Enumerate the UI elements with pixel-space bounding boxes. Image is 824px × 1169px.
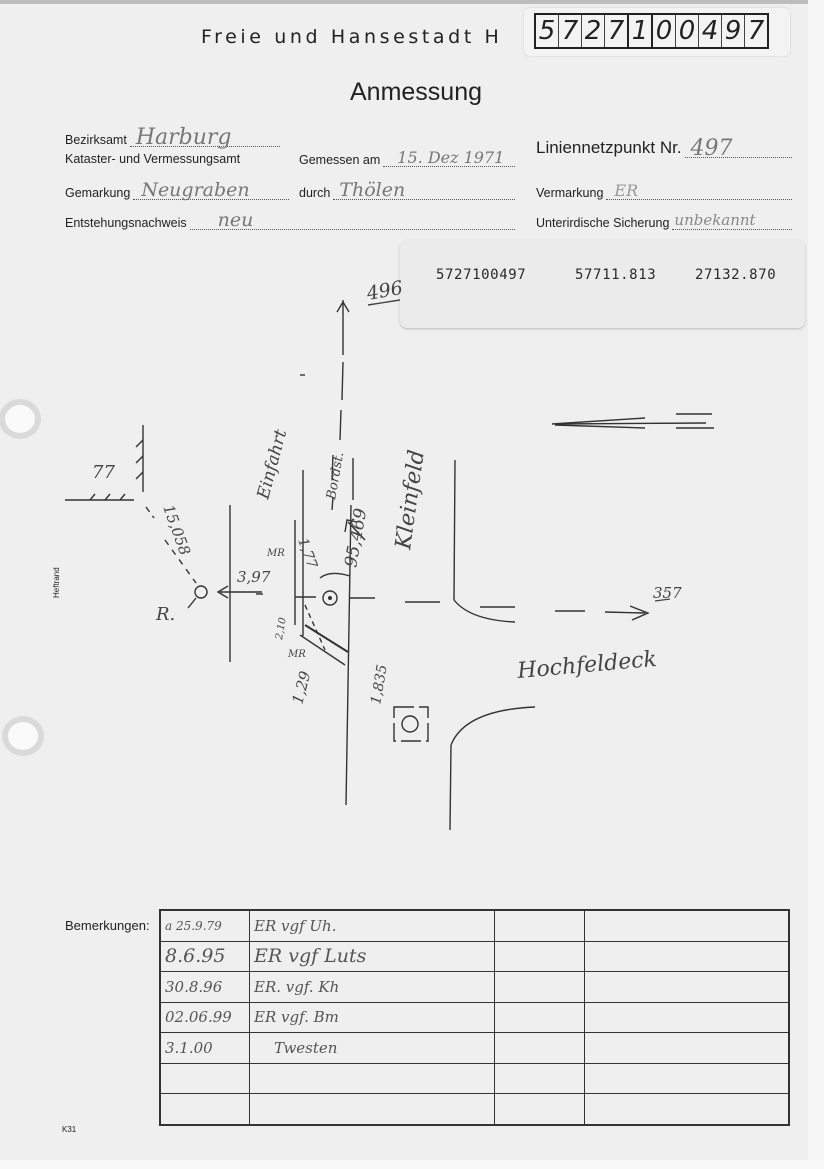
remark-date: 3.1.00 [160, 1033, 250, 1064]
label-street-hochfeldeck: Hochfeldeck [515, 647, 658, 684]
remark-cell [585, 972, 790, 1003]
label-dist-210: 2,10 [274, 616, 289, 641]
label-mark-mr: MR [266, 548, 285, 559]
remark-cell [585, 1094, 790, 1125]
label-street-kleinfeld: Kleinfeld [391, 448, 430, 551]
label-einfahrt: Einfahrt [253, 427, 291, 502]
remark-cell [495, 1063, 585, 1094]
remark-date: 02.06.99 [160, 1002, 250, 1033]
label-mark-mr: MR [287, 649, 306, 660]
label-dist-397: 3,97 [237, 568, 271, 586]
remark-text: Twesten [250, 1033, 495, 1064]
scan-bottom-edge [0, 1160, 824, 1169]
table-row [160, 1063, 789, 1094]
remark-text [250, 1094, 495, 1125]
remark-cell [585, 1063, 790, 1094]
label-bordstein: Bordst. [324, 451, 347, 502]
remark-text: ER vgf. Bm [250, 1002, 495, 1033]
table-row: 3.1.00 Twesten [160, 1033, 789, 1064]
remark-date: 8.6.95 [160, 941, 250, 972]
remark-date [160, 1063, 250, 1094]
remark-cell [495, 1002, 585, 1033]
label-dist-177: 1,77 [294, 536, 320, 571]
form-code: K31 [62, 1125, 76, 1134]
remarks-table: a 25.9.79 ER vgf Uh. 8.6.95 ER vgf Luts … [159, 909, 790, 1126]
remark-cell [495, 1094, 585, 1125]
remark-text: ER vgf Uh. [250, 910, 495, 941]
remark-text [250, 1063, 495, 1094]
remark-cell [585, 1002, 790, 1033]
table-row: 02.06.99 ER vgf. Bm [160, 1002, 789, 1033]
remark-text: ER vgf Luts [250, 941, 495, 972]
remark-date: a 25.9.79 [160, 910, 250, 941]
table-row: 30.8.96 ER. vgf. Kh [160, 972, 789, 1003]
remark-cell [495, 1033, 585, 1064]
label-dist-1835: 1,835 [368, 663, 391, 705]
remark-cell [585, 1033, 790, 1064]
survey-sketch: 496 357 77 Kleinfeld Hochfeldeck Einfahr… [0, 0, 808, 900]
remark-date: 30.8.96 [160, 972, 250, 1003]
remark-cell [585, 910, 790, 941]
remark-date [160, 1094, 250, 1125]
label-dist-95469: 95,469 [341, 507, 371, 569]
table-row: a 25.9.79 ER vgf Uh. [160, 910, 789, 941]
remark-cell [585, 941, 790, 972]
remark-cell [495, 910, 585, 941]
table-row [160, 1094, 789, 1125]
label-ref-r: R. [155, 604, 175, 625]
label-dist-129: 1,29 [288, 669, 314, 706]
scan-right-edge [808, 0, 824, 1169]
remark-cell [495, 941, 585, 972]
label-house-77: 77 [92, 462, 115, 483]
table-row: 8.6.95 ER vgf Luts [160, 941, 789, 972]
remarks-label: Bemerkungen: [65, 918, 150, 933]
remark-text: ER. vgf. Kh [250, 972, 495, 1003]
remark-cell [495, 972, 585, 1003]
label-dist-15058: 15,058 [159, 502, 194, 557]
